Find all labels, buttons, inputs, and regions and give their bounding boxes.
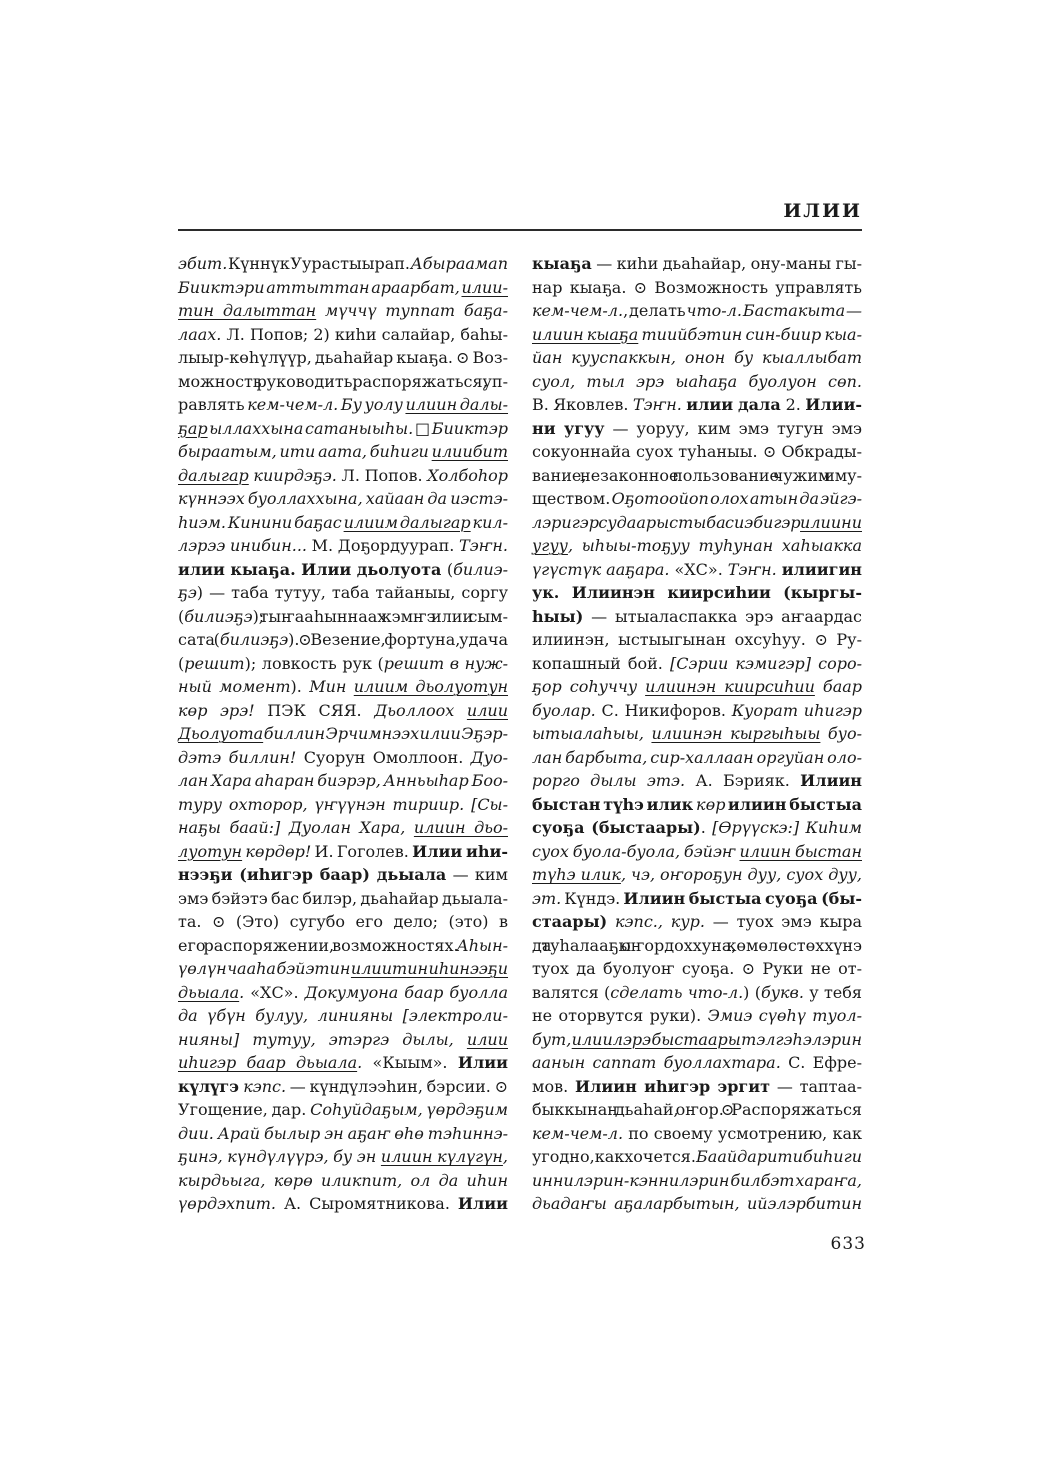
text-segment: Тэҥн.: [633, 395, 682, 414]
line-content: (билиэҕэ); тыҥааһыннаах кэмҥэ илии сым-: [178, 605, 508, 629]
text-segment: биллин Эрчимнээх илии Эҕэр-: [263, 724, 508, 743]
text-segment: эбит.: [178, 254, 227, 273]
text-segment: илии: [467, 701, 508, 720]
text-segment: ҕинэ, күндүлүүрэ, бу эн: [178, 1147, 381, 1166]
text-line: эт. Күндэ. Илиин быстыа суоҕа (бы-: [532, 887, 862, 911]
text-line: равлять кем-чем-л. Бу уолу илиин далы-: [178, 393, 508, 417]
text-segment: бут,: [532, 1030, 572, 1049]
line-content: его распоряжении, возможностях. Аһын-: [178, 934, 508, 958]
line-content: да туһалааҕы оҥордоххуна, көмөлөстөххүнэ: [532, 934, 862, 958]
text-segment: Илиин иһигэр эргит: [575, 1077, 770, 1096]
text-segment: Суорун Омоллоон.: [296, 748, 470, 767]
text-segment: Оҕотоойоп олох атын да эйгэ-: [612, 489, 862, 508]
text-line: ществом. Оҕотоойоп олох атын да эйгэ-: [532, 487, 862, 511]
line-content: стаары) кэпс., кур. — туох эмэ кыра: [532, 910, 862, 934]
text-segment: билиэ-: [453, 560, 508, 579]
text-segment: тэлгэһэлэрин: [741, 1030, 862, 1049]
page-number: 633: [178, 1234, 866, 1254]
text-segment: его распоряжении, возможностях.: [178, 936, 457, 955]
text-segment: [Сэрии кэмигэр] соро-: [670, 654, 862, 673]
line-content: В. Яковлев. Тэҥн. илии дала 2. Илии-: [532, 393, 862, 417]
header-rule: [178, 229, 862, 231]
text-line: лан барбыта, сир-халлаан оргуйан оло-: [532, 746, 862, 770]
text-line: тин далыттан мүччү туппат баҕа-: [178, 299, 508, 323]
line-content: бут, илиилэрэ быстаары тэлгэһэлэрин: [532, 1028, 862, 1052]
text-segment: дьыала: [178, 983, 239, 1002]
line-content: йан кууспаккын, онон бу кыаллыбат: [532, 346, 862, 370]
text-line: да туһалааҕы оҥордоххуна, көмөлөстөххүнэ: [532, 934, 862, 958]
text-segment: үөрдэхпит.: [178, 1194, 276, 1213]
text-segment: нар кыаҕа. ⊙ Возможность управлять: [532, 278, 862, 297]
line-content: илиинэн, ыстыыгынан охсуһуу. ⊙ Ру-: [532, 628, 862, 652]
text-line: валятся (сделать что-л.) (букв. у тебя: [532, 981, 862, 1005]
text-segment: Холбоһор: [427, 466, 508, 485]
text-segment: □: [415, 419, 432, 438]
text-line: көр эрэ! ПЭК СЯЯ. Дьоллоох илии: [178, 699, 508, 723]
text-segment: равлять: [178, 395, 247, 414]
text-segment: илиин дьо-: [414, 818, 508, 837]
line-content: ный момент). Мин илиим дьолуотун: [178, 675, 508, 699]
text-segment: һыы): [532, 607, 583, 626]
text-segment: луотун: [178, 842, 242, 861]
text-segment: решит в нуж-: [384, 654, 508, 673]
text-segment: по своему усмотрению, как: [623, 1124, 862, 1143]
text-segment: — таптаа-: [770, 1077, 862, 1096]
text-line: суоҕа (быстаары). [Өрүүскэ:] Киһим: [532, 816, 862, 840]
text-segment: ). ⊙ Везение, фортуна, удача: [288, 630, 508, 649]
text-segment: Мин: [309, 677, 354, 696]
text-line: ҕар ыллаххына сатаныыһы. □ Бииктэр: [178, 417, 508, 441]
text-segment: угуу: [532, 536, 568, 555]
text-line: ытыалаһыы, илиинэн кыргыһыы буо-: [532, 722, 862, 746]
text-line: далыгар киирдэҕэ. Л. Попов. Холбоһор: [178, 464, 508, 488]
text-segment: та. ⊙ (Это) сугубо его дело; (это) в: [178, 912, 508, 931]
text-segment: — ытыаласпакка эрэ аҥаардас: [583, 607, 862, 626]
text-segment: үгүстүк ааҕара.: [532, 560, 669, 579]
line-content: күлүгэ кэпс. — күндүлээһин, бэрсии. ⊙: [178, 1075, 508, 1099]
text-segment: А. Сыромятникова.: [276, 1194, 458, 1213]
line-content: лан барбыта, сир-халлаан оргуйан оло-: [532, 746, 862, 770]
text-line: бут, илиилэрэ быстаары тэлгэһэлэрин: [532, 1028, 862, 1052]
text-line: нар кыаҕа. ⊙ Возможность управлять: [532, 276, 862, 300]
text-segment: күлүгэ: [178, 1077, 243, 1096]
text-line: нияны] тутуу, этэргэ дылы, илии: [178, 1028, 508, 1052]
line-content: нияны] тутуу, этэргэ дылы, илии: [178, 1028, 508, 1052]
line-content: сокуоннайа суох туһаныы. ⊙ Обкрады-: [532, 440, 862, 464]
line-content: луотун көрдөр! И. Гоголев. Илии иһи-: [178, 840, 508, 864]
text-segment: [Өрүүскэ:] Киһим: [712, 818, 862, 837]
text-segment: илиин быстан: [739, 842, 862, 861]
text-segment: илии: [467, 1030, 508, 1049]
text-segment: Л. Попов; 2) киһи салайар, баһы-: [221, 325, 508, 344]
text-segment: билиэҕэ: [184, 607, 252, 626]
line-content: эт. Күндэ. Илиин быстыа суоҕа (бы-: [532, 887, 862, 911]
text-segment: решит: [184, 654, 244, 673]
line-content: мов. Илиин иһигэр эргит — таптаа-: [532, 1075, 862, 1099]
text-segment: һиэм. Кинини баҕас: [178, 513, 344, 532]
text-segment: илиинэн киирсиһии: [645, 677, 815, 696]
line-content: ҕар ыллаххына сатаныыһы. □ Бииктэр: [178, 417, 508, 441]
text-segment: Күндэ.: [561, 889, 623, 908]
text-segment: «ХС».: [669, 560, 727, 579]
text-line: В. Яковлев. Тэҥн. илии дала 2. Илии-: [532, 393, 862, 417]
text-segment: буо-: [820, 724, 862, 743]
text-segment: Абыраамап: [411, 254, 508, 273]
line-content: Дьолуота биллин Эрчимнээх илии Эҕэр-: [178, 722, 508, 746]
text-segment: түһэ илик: [532, 865, 621, 884]
line-content: күннээх буоллаххына, хайаан да иэстэ-: [178, 487, 508, 511]
text-segment: тин далыттан: [178, 301, 316, 320]
text-line: его распоряжении, возможностях. Аһын-: [178, 934, 508, 958]
text-segment: кем-чем-л.: [532, 301, 623, 320]
line-content: нээҕи (иһигэр баар) дьыала — ким: [178, 863, 508, 887]
text-segment: можность руководить, распоряжаться, уп-: [178, 372, 508, 391]
text-line: сокуоннайа суох туһаныы. ⊙ Обкрады-: [532, 440, 862, 464]
line-content: копашный бой. [Сэрии кэмигэр] соро-: [532, 652, 862, 676]
text-segment: эмэ бэйэтэ бас билэр, дьаһайар дьыала-: [178, 889, 508, 908]
text-segment: мүччү туппат баҕа-: [316, 301, 508, 320]
line-content: иһигэр баар дьыала. «Кыым». Илии: [178, 1051, 508, 1075]
line-content: Угощение, дар. Соһуйдаҕым, үөрдэҕим: [178, 1098, 508, 1122]
text-segment: валятся (: [532, 983, 610, 1002]
text-segment: ,: [503, 1147, 508, 1166]
text-line: иһигэр баар дьыала. «Кыым». Илии: [178, 1051, 508, 1075]
text-line: ный момент). Мин илиим дьолуотун: [178, 675, 508, 699]
text-line: сата (билиэҕэ). ⊙ Везение, фортуна, удач…: [178, 628, 508, 652]
text-line: ни угуу — уоруу, ким эмэ тугун эмэ: [532, 417, 862, 441]
text-line: ҕор соһуччу илиинэн киирсиһии баар: [532, 675, 862, 699]
text-segment: Илии-: [805, 395, 862, 414]
line-content: наҕы баай:] Дуолан Хара, илиин дьо-: [178, 816, 508, 840]
text-segment: сделать что-л.: [610, 983, 743, 1002]
line-content: иннилэрин-кэннилэрин билбэт хараҥа,: [532, 1169, 862, 1193]
text-segment: Илии: [458, 1194, 508, 1213]
text-segment: илиилэрэ быстаары: [572, 1030, 741, 1049]
column-left: эбит. Күннүк Уурастыырап. АбыраамапБиикт…: [178, 252, 508, 1216]
text-line: суол, тыл эрэ ыаһаҕа буолуон сөп.: [532, 370, 862, 394]
text-line: туру охторор, үҥүүнэн тириир. [Сы-: [178, 793, 508, 817]
line-content: нар кыаҕа. ⊙ Возможность управлять: [532, 276, 862, 300]
text-segment: да үбүн булуу, линияны [электроли-: [178, 1006, 508, 1025]
text-segment: Соһуйдаҕым, үөрдэҕим: [310, 1100, 508, 1119]
text-line: быраатым, ити аата, биһиги илиибит: [178, 440, 508, 464]
text-segment: ).: [291, 677, 310, 696]
text-line: копашный бой. [Сэрии кэмигэр] соро-: [532, 652, 862, 676]
text-segment: илии-: [461, 278, 508, 297]
text-line: (билиэҕэ); тыҥааһыннаах кэмҥэ илии сым-: [178, 605, 508, 629]
line-content: илиин кыаҕа тиийбэтин син-биир кыа-: [532, 323, 862, 347]
line-content: равлять кем-чем-л. Бу уолу илиин далы-: [178, 393, 508, 417]
text-segment: күннээх буоллаххына, хайаан да иэстэ-: [178, 489, 508, 508]
text-segment: Куорат иһигэр: [732, 701, 862, 720]
line-content: вание, незаконное пользование чужим иму-: [532, 464, 862, 488]
text-line: үөрдэхпит. А. Сыромятникова. Илии: [178, 1192, 508, 1216]
text-segment: киирдэҕэ.: [249, 466, 337, 485]
line-content: көр эрэ! ПЭК СЯЯ. Дьоллоох илии: [178, 699, 508, 723]
text-segment: лан барбыта, сир-халлаан оргуйан оло-: [532, 748, 862, 767]
line-content: сата (билиэҕэ). ⊙ Везение, фортуна, удач…: [178, 628, 508, 652]
text-segment: Докумуона баар буолла: [305, 983, 508, 1002]
text-segment: илиинэн, ыстыыгынан охсуһуу. ⊙ Ру-: [532, 630, 862, 649]
text-segment: ук. Илиинэн киирсиһии (кыргы-: [532, 583, 862, 602]
line-content: (решит); ловкость рук (решит в нуж-: [178, 652, 508, 676]
text-line: ҕэ) — таба тутуу, таба тайаныы, соргу: [178, 581, 508, 605]
text-segment: кыаҕа: [532, 254, 592, 273]
line-content: ни угуу — уоруу, ким эмэ тугун эмэ: [532, 417, 862, 441]
text-segment: дии. Арай былыр эн аҕаҥ өһө тэһиннэ-: [178, 1124, 508, 1143]
line-content: суоҕа (быстаары). [Өрүүскэ:] Киһим: [532, 816, 862, 840]
line-content: дьыала. «ХС». Докумуона баар буолла: [178, 981, 508, 1005]
text-segment: Дьолуота: [178, 724, 263, 743]
text-line: күлүгэ кэпс. — күндүлээһин, бэрсии. ⊙: [178, 1075, 508, 1099]
text-segment: илиин күлүгүн: [381, 1147, 503, 1166]
text-segment: С. Никифоров.: [596, 701, 732, 720]
text-segment: Тэҥн.: [728, 560, 777, 579]
text-line: лэрээ инибин... М. Доҕордуурап. Тэҥн.: [178, 534, 508, 558]
text-line: суох буола-буола, бэйэҥ илиин быстан: [532, 840, 862, 864]
text-line: лан Хара аһаран биэрэр, Анньыһар Боо-: [178, 769, 508, 793]
text-segment: М. Доҕордуурап.: [307, 536, 459, 555]
line-content: ҕинэ, күндүлүүрэ, бу эн илиин күлүгүн,: [178, 1145, 508, 1169]
text-segment: — күндүлээһин, бэрсии. ⊙: [286, 1077, 508, 1096]
line-content: ытыалаһыы, илиинэн кыргыһыы буо-: [532, 722, 862, 746]
text-line: луотун көрдөр! И. Гоголев. Илии иһи-: [178, 840, 508, 864]
text-segment: Дьоллоох: [374, 701, 467, 720]
line-content: дии. Арай былыр эн аҕаҥ өһө тэһиннэ-: [178, 1122, 508, 1146]
line-content: угуу, ыһыы-тоҕуу туһунан хаһыакка: [532, 534, 862, 558]
text-segment: кэпс., кур.: [615, 912, 705, 931]
text-segment: баар: [815, 677, 862, 696]
text-segment: суоҕа (быстаары): [532, 818, 701, 837]
text-segment: да туһалааҕы оҥордоххуна, көмөлөстөххүнэ: [532, 936, 862, 955]
text-line: илиинэн, ыстыыгынан охсуһуу. ⊙ Ру-: [532, 628, 862, 652]
text-line: угодно, как хочется. Баайдар ити биһиги: [532, 1145, 862, 1169]
text-segment: суох буола-буола, бэйэҥ: [532, 842, 739, 861]
text-segment: у тебя: [804, 983, 862, 1002]
text-segment: В. Яковлев.: [532, 395, 633, 414]
text-segment: аанын саппат буоллахтара.: [532, 1053, 781, 1072]
line-content: рорго дылы этэ. А. Бэрияк. Илиин: [532, 769, 862, 793]
text-line: Дьолуота биллин Эрчимнээх илии Эҕэр-: [178, 722, 508, 746]
text-line: кем-чем-л., делать что-л. Бастакыта —: [532, 299, 862, 323]
text-segment: Л. Попов.: [337, 466, 427, 485]
text-segment: илиин быстыа: [728, 795, 862, 814]
text-segment: , делать: [623, 301, 686, 320]
text-segment: илии кыаҕа. Илии дьолуота: [178, 560, 447, 579]
line-content: эбит. Күннүк Уурастыырап. Абыраамап: [178, 252, 508, 276]
line-content: ществом. Оҕотоойоп олох атын да эйгэ-: [532, 487, 862, 511]
text-segment: сокуоннайа суох туһаныы. ⊙ Обкрады-: [532, 442, 862, 461]
line-content: та. ⊙ (Это) сугубо его дело; (это) в: [178, 910, 508, 934]
text-line: буолар. С. Никифоров. Куорат иһигэр: [532, 699, 862, 723]
text-segment: Илиин: [800, 771, 862, 790]
text-line: Бииктэри аттыттан араарбат, илии-: [178, 276, 508, 300]
text-line: лаах. Л. Попов; 2) киһи салайар, баһы-: [178, 323, 508, 347]
line-content: ук. Илиинэн киирсиһии (кыргы-: [532, 581, 862, 605]
text-segment: 2.: [786, 395, 806, 414]
text-segment: быстан түһэ илик: [532, 795, 696, 814]
text-segment: илиини: [800, 513, 862, 532]
text-segment: илиибит: [432, 442, 508, 461]
line-content: туру охторор, үҥүүнэн тириир. [Сы-: [178, 793, 508, 817]
text-line: йан кууспаккын, онон бу кыаллыбат: [532, 346, 862, 370]
text-line: илии кыаҕа. Илии дьолуота (билиэ-: [178, 558, 508, 582]
text-segment: дэтэ биллин!: [178, 748, 296, 767]
text-segment: вание, незаконное пользование чужим иму-: [532, 466, 862, 485]
text-segment: лэрээ инибин...: [178, 536, 307, 555]
text-line: дьадаҥы аҕаларбытын, ийэлэрбитин: [532, 1192, 862, 1216]
running-head-title: ИЛИИ: [178, 200, 862, 222]
text-segment: көр эрэ!: [178, 701, 255, 720]
text-segment: ыллаххына сатаныыһы.: [208, 419, 415, 438]
line-content: дьадаҥы аҕаларбытын, ийэлэрбитин: [532, 1192, 862, 1216]
line-content: буолар. С. Никифоров. Куорат иһигэр: [532, 699, 862, 723]
text-line: лыыр-көһүлүүр, дьаһайар кыаҕа. ⊙ Воз-: [178, 346, 508, 370]
text-segment: «Кыым».: [362, 1053, 458, 1072]
line-content: ҕор соһуччу илиинэн киирсиһии баар: [532, 675, 862, 699]
text-line: можность руководить, распоряжаться, уп-: [178, 370, 508, 394]
line-content: да үбүн булуу, линияны [электроли-: [178, 1004, 508, 1028]
line-content: үгүстүк ааҕара. «ХС». Тэҥн. илиигин: [532, 558, 862, 582]
line-content: үөрдэхпит. А. Сыромятникова. Илии: [178, 1192, 508, 1216]
text-segment: лыыр-көһүлүүр, дьаһайар кыаҕа. ⊙ Воз-: [178, 348, 508, 367]
line-content: Бииктэри аттыттан араарбат, илии-: [178, 276, 508, 300]
line-content: илии кыаҕа. Илии дьолуота (билиэ-: [178, 558, 508, 582]
text-line: рорго дылы этэ. А. Бэрияк. Илиин: [532, 769, 862, 793]
text-segment: ный момент: [178, 677, 291, 696]
text-segment: мов.: [532, 1077, 575, 1096]
text-segment: кырдьыга, көрө иликпит, ол да иһин: [178, 1171, 508, 1190]
text-segment: илиигин: [782, 560, 862, 579]
line-content: быраатым, ити аата, биһиги илиибит: [178, 440, 508, 464]
text-line: Угощение, дар. Соһуйдаҕым, үөрдэҕим: [178, 1098, 508, 1122]
text-line: кыаҕа — киһи дьаһайар, ону-маны гы-: [532, 252, 862, 276]
line-content: валятся (сделать что-л.) (букв. у тебя: [532, 981, 862, 1005]
text-line: кем-чем-л. по своему усмотрению, как: [532, 1122, 862, 1146]
text-segment: , чэ, оҥороҕун дуу, суох дуу,: [621, 865, 862, 884]
text-segment: Бииктэр: [432, 419, 508, 438]
text-line: быстан түһэ илик көр илиин быстыа: [532, 793, 862, 817]
text-line: ҕинэ, күндүлүүрэ, бу эн илиин күлүгүн,: [178, 1145, 508, 1169]
line-content: үөлүн чааһа бэйэтин илиитин иһинээҕи: [178, 957, 508, 981]
text-segment: .: [701, 818, 712, 837]
text-segment: Угощение, дар.: [178, 1100, 310, 1119]
text-segment: буолар.: [532, 701, 596, 720]
text-segment: тиийбэтин син-биир кыа-: [638, 325, 862, 344]
text-segment: лэригэр судаарыстыба сиэбигэр: [532, 513, 800, 532]
text-segment: ҕор соһуччу: [532, 677, 645, 696]
text-segment: Тэҥн.: [459, 536, 508, 555]
text-segment: [607, 912, 615, 931]
text-segment: туох да буолуоҥ суоҕа. ⊙ Руки не от-: [532, 959, 862, 978]
text-segment: көр: [696, 795, 725, 814]
text-segment: , ыһыы-тоҕуу туһунан хаһыакка: [568, 536, 862, 555]
text-line: илиин кыаҕа тиийбэтин син-биир кыа-: [532, 323, 862, 347]
text-segment: нияны] тутуу, этэргэ дылы,: [178, 1030, 467, 1049]
line-content: суол, тыл эрэ ыаһаҕа буолуон сөп.: [532, 370, 862, 394]
line-content: можность руководить, распоряжаться, уп-: [178, 370, 508, 394]
text-segment: копашный бой.: [532, 654, 670, 673]
text-segment: Эмиэ сүөһү туол-: [708, 1006, 862, 1025]
text-line: иннилэрин-кэннилэрин билбэт хараҥа,: [532, 1169, 862, 1193]
line-content: туох да буолуоҥ суоҕа. ⊙ Руки не от-: [532, 957, 862, 981]
text-segment: кэпс.: [243, 1077, 286, 1096]
text-segment: наҕы баай:] Дуолан Хара,: [178, 818, 414, 837]
text-segment: — туох эмэ кыра: [705, 912, 862, 931]
text-segment: Күннүк Уурастыырап.: [227, 254, 410, 273]
text-segment: кем-чем-л. Бу уолу: [247, 395, 405, 414]
line-content: суох буола-буола, бэйэҥ илиин быстан: [532, 840, 862, 864]
line-content: быстан түһэ илик көр илиин быстыа: [532, 793, 862, 817]
line-content: дэтэ биллин! Суорун Омоллоон. Дуо-: [178, 746, 508, 770]
text-segment: Аһын-: [457, 936, 508, 955]
text-segment: йан кууспаккын, онон бу кыаллыбат: [532, 348, 862, 367]
line-content: кыаҕа — киһи дьаһайар, ону-маны гы-: [532, 252, 862, 276]
text-segment: нээҕи (иһигэр баар) дьыала: [178, 865, 446, 884]
text-line: та. ⊙ (Это) сугубо его дело; (это) в: [178, 910, 508, 934]
text-segment: илиинэн кыргыһыы: [651, 724, 820, 743]
text-line: эмэ бэйэтэ бас билэр, дьаһайар дьыала-: [178, 887, 508, 911]
text-line: вание, незаконное пользование чужим иму-: [532, 464, 862, 488]
line-content: лаах. Л. Попов; 2) киһи салайар, баһы-: [178, 323, 508, 347]
text-segment: А. Бэрияк.: [685, 771, 800, 790]
text-line: лэригэр судаарыстыба сиэбигэр илиини: [532, 511, 862, 535]
text-segment: Илии иһи-: [412, 842, 508, 861]
text-segment: ) — таба тутуу, таба тайаныы, соргу: [197, 583, 508, 602]
line-content: быккынан дьаһай, оҥор. ⊙ Распоряжаться: [532, 1098, 862, 1122]
text-segment: стаары): [532, 912, 607, 931]
text-segment: илиитин иһинээҕи: [351, 959, 508, 978]
line-content: эмэ бэйэтэ бас билэр, дьаһайар дьыала-: [178, 887, 508, 911]
text-line: кырдьыга, көрө иликпит, ол да иһин: [178, 1169, 508, 1193]
line-content: не оторвутся руки). Эмиэ сүөһү туол-: [532, 1004, 862, 1028]
text-segment: угодно, как хочется.: [532, 1147, 696, 1166]
line-content: тин далыттан мүччү туппат баҕа-: [178, 299, 508, 323]
text-segment: ҕар: [178, 419, 208, 438]
text-segment: үөлүн чааһа бэйэтин: [178, 959, 351, 978]
text-segment: ытыалаһыы,: [532, 724, 651, 743]
text-segment: Баайдар ити биһиги: [696, 1147, 862, 1166]
text-segment: лан Хара аһаран биэрэр, Анньыһар Боо-: [178, 771, 508, 790]
line-content: һыы) — ытыаласпакка эрэ аҥаардас: [532, 605, 862, 629]
text-segment: И. Гоголев.: [311, 842, 412, 861]
text-line: һиэм. Кинини баҕас илиим далыгар кил-: [178, 511, 508, 535]
text-segment: эт.: [532, 889, 561, 908]
line-content: аанын саппат буоллахтара. С. Ефре-: [532, 1051, 862, 1075]
text-segment: быраатым, ити аата, биһиги: [178, 442, 432, 461]
text-segment: илиим дьолуотун: [354, 677, 508, 696]
text-line: эбит. Күннүк Уурастыырап. Абыраамап: [178, 252, 508, 276]
text-line: да үбүн булуу, линияны [электроли-: [178, 1004, 508, 1028]
text-line: быккынан дьаһай, оҥор. ⊙ Распоряжаться: [532, 1098, 862, 1122]
text-segment: туру охторор, үҥүүнэн тириир. [Сы-: [178, 795, 508, 814]
text-line: не оторвутся руки). Эмиэ сүөһү туол-: [532, 1004, 862, 1028]
text-segment: ПЭК СЯЯ.: [255, 701, 375, 720]
text-segment: суол, тыл эрэ ыаһаҕа буолуон сөп.: [532, 372, 862, 391]
text-segment: кем-чем-л.: [532, 1124, 623, 1143]
text-line: һыы) — ытыаласпакка эрэ аҥаардас: [532, 605, 862, 629]
text-segment: «ХС».: [244, 983, 304, 1002]
text-line: аанын саппат буоллахтара. С. Ефре-: [532, 1051, 862, 1075]
text-segment: сата (: [178, 630, 220, 649]
text-line: нээҕи (иһигэр баар) дьыала — ким: [178, 863, 508, 887]
text-line: түһэ илик, чэ, оҥороҕун дуу, суох дуу,: [532, 863, 862, 887]
text-segment: илии дала: [686, 395, 785, 414]
text-segment: дьадаҥы аҕаларбытын, ийэлэрбитин: [532, 1194, 862, 1213]
text-line: күннээх буоллаххына, хайаан да иэстэ-: [178, 487, 508, 511]
text-line: угуу, ыһыы-тоҕуу туһунан хаһыакка: [532, 534, 862, 558]
text-segment: билиэҕэ: [220, 630, 288, 649]
